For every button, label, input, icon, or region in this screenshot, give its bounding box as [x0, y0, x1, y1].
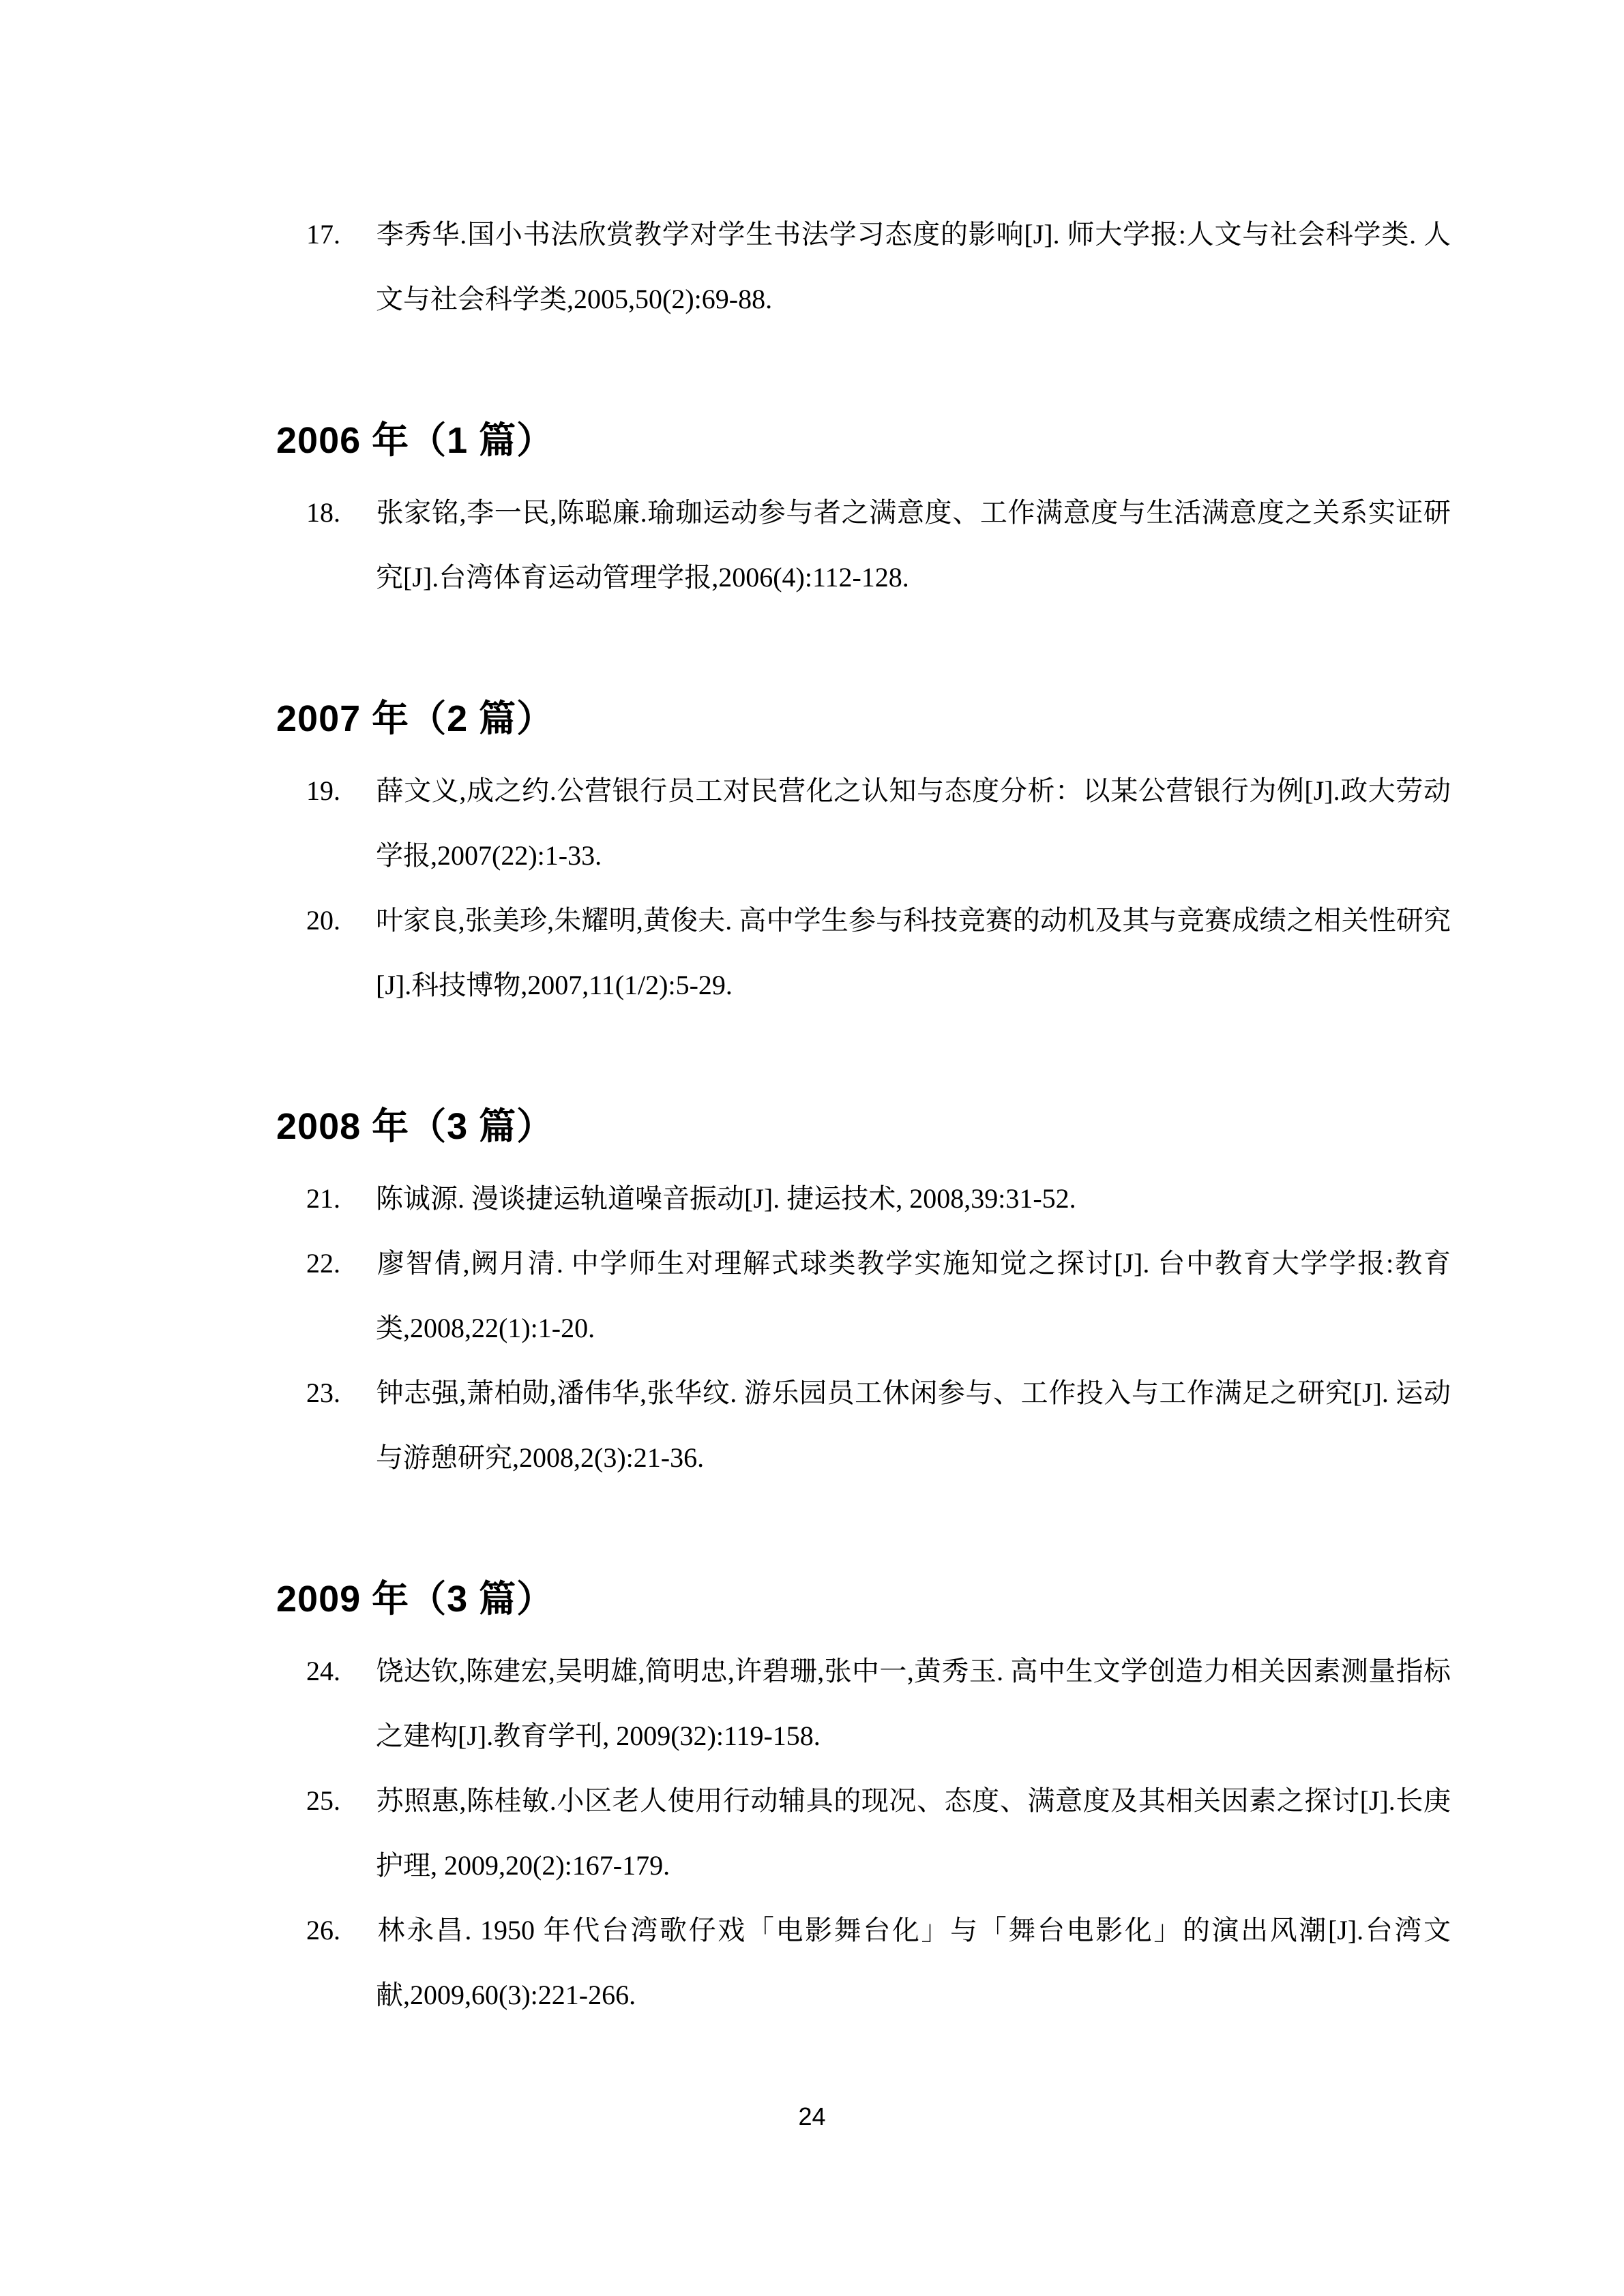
reference-text: 薛文义,成之约.公营银行员工对民营化之认知与态度分析：以某公营银行为例[J].政… [376, 775, 1451, 871]
reference-number: 20. [306, 888, 376, 953]
reference-text: 陈诚源. 漫谈捷运轨道噪音振动[J]. 捷运技术, 2008,39:31-52. [376, 1183, 1076, 1214]
reference-text: 廖智倩,阙月清. 中学师生对理解式球类教学实施知觉之探讨[J]. 台中教育大学学… [376, 1248, 1451, 1343]
year-heading-2006: 2006 年（1 篇） [276, 415, 1624, 466]
reference-item: 18.张家铭,李一民,陈聪廉.瑜珈运动参与者之满意度、工作满意度与生活满意度之关… [306, 480, 1451, 610]
reference-item: 20.叶家良,张美珍,朱耀明,黄俊夫. 高中学生参与科技竞赛的动机及其与竞赛成绩… [306, 888, 1451, 1017]
reference-text: 叶家良,张美珍,朱耀明,黄俊夫. 高中学生参与科技竞赛的动机及其与竞赛成绩之相关… [376, 905, 1451, 1000]
reference-number: 26. [306, 1898, 376, 1963]
year-heading-2007: 2007 年（2 篇） [276, 693, 1624, 745]
reference-number: 22. [306, 1231, 376, 1296]
reference-item: 17.李秀华.国小书法欣赏教学对学生书法学习态度的影响[J]. 师大学报:人文与… [306, 202, 1451, 331]
reference-number: 24. [306, 1639, 376, 1703]
reference-text: 钟志强,萧柏勋,潘伟华,张华纹. 游乐园员工休闲参与、工作投入与工作满足之研究[… [376, 1377, 1451, 1473]
reference-number: 23. [306, 1360, 376, 1425]
reference-text: 李秀华.国小书法欣赏教学对学生书法学习态度的影响[J]. 师大学报:人文与社会科… [376, 219, 1451, 314]
bibliography-content: 17.李秀华.国小书法欣赏教学对学生书法学习态度的影响[J]. 师大学报:人文与… [0, 0, 1624, 2027]
reference-text: 苏照惠,陈桂敏.小区老人使用行动辅具的现况、态度、满意度及其相关因素之探讨[J]… [376, 1785, 1451, 1881]
reference-number: 17. [306, 202, 376, 267]
reference-number: 21. [306, 1166, 376, 1231]
document-page: 17.李秀华.国小书法欣赏教学对学生书法学习态度的影响[J]. 师大学报:人文与… [0, 0, 1624, 2296]
reference-item: 25.苏照惠,陈桂敏.小区老人使用行动辅具的现况、态度、满意度及其相关因素之探讨… [306, 1768, 1451, 1898]
reference-text: 张家铭,李一民,陈聪廉.瑜珈运动参与者之满意度、工作满意度与生活满意度之关系实证… [376, 497, 1451, 593]
year-heading-2009: 2009 年（3 篇） [276, 1573, 1624, 1625]
reference-item: 24.饶达钦,陈建宏,吴明雄,简明忠,许碧珊,张中一,黄秀玉. 高中生文学创造力… [306, 1639, 1451, 1768]
reference-number: 19. [306, 758, 376, 823]
reference-text: 林永昌. 1950 年代台湾歌仔戏「电影舞台化」与「舞台电影化」的演出风潮[J]… [376, 1915, 1451, 2010]
page-number: 24 [0, 2102, 1624, 2132]
reference-item: 19.薛文义,成之约.公营银行员工对民营化之认知与态度分析：以某公营银行为例[J… [306, 758, 1451, 888]
reference-item: 22.廖智倩,阙月清. 中学师生对理解式球类教学实施知觉之探讨[J]. 台中教育… [306, 1231, 1451, 1360]
reference-item: 23.钟志强,萧柏勋,潘伟华,张华纹. 游乐园员工休闲参与、工作投入与工作满足之… [306, 1360, 1451, 1490]
reference-number: 18. [306, 480, 376, 545]
reference-item: 26.林永昌. 1950 年代台湾歌仔戏「电影舞台化」与「舞台电影化」的演出风潮… [306, 1898, 1451, 2027]
reference-number: 25. [306, 1768, 376, 1833]
year-heading-2008: 2008 年（3 篇） [276, 1101, 1624, 1152]
reference-text: 饶达钦,陈建宏,吴明雄,简明忠,许碧珊,张中一,黄秀玉. 高中生文学创造力相关因… [376, 1656, 1451, 1751]
reference-item: 21.陈诚源. 漫谈捷运轨道噪音振动[J]. 捷运技术, 2008,39:31-… [306, 1166, 1451, 1231]
